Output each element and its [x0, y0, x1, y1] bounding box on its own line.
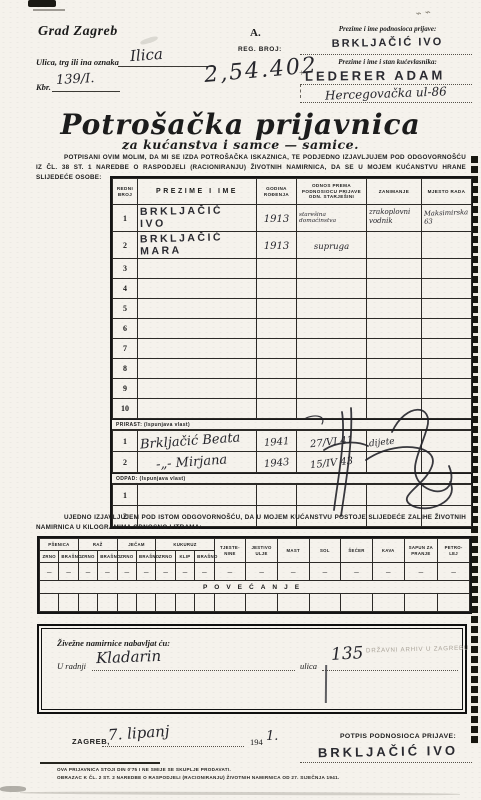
prirast-name-handwritten: Brkljačić Beata	[140, 431, 241, 453]
member-workplace-handwritten: Maksimirska 63	[424, 208, 470, 226]
landlord-address-fill-line	[300, 92, 472, 103]
scanned-form-page: ⌁ ⌁ + Grad Zagreb Ulica, trg ili ina ozn…	[0, 0, 481, 800]
supplies-table: PŠENICA RAŽ JEČAM KUKURUZ TJESTE-NINE JE…	[37, 536, 472, 614]
member-row: 8	[113, 359, 472, 379]
row-number: 6	[113, 319, 138, 339]
street-label-box: ulica	[300, 661, 317, 671]
supply-value: –	[214, 563, 246, 581]
applicant-fill-line	[300, 44, 472, 55]
supply-value: –	[195, 563, 214, 581]
kbr-label: Kbr.	[36, 82, 51, 92]
odpad-row: 1	[113, 485, 472, 506]
member-name-handwritten: BRKLJAČIĆ MARA	[140, 231, 255, 258]
supply-group-kukuruz: KUKURUZ	[156, 539, 214, 551]
row-number: 5	[113, 299, 138, 319]
prirast-year-handwritten: 1943	[263, 457, 289, 470]
supply-item-tjestenine: TJESTE-NINE	[214, 539, 246, 563]
prirast-date-handwritten: 27/VI 41	[309, 435, 353, 450]
supply-sub-zrno: ZRNO	[40, 551, 59, 563]
member-relation-handwritten: supruga	[314, 242, 349, 252]
prirast-note-handwritten: dijete	[369, 437, 396, 450]
potpis-label: POTPIS PODNOSIOCA PRIJAVE:	[340, 733, 456, 740]
scan-tear-mark	[33, 9, 65, 11]
supplies-empty-row	[40, 594, 470, 612]
supply-item-petrolej: PETRO-LEJ	[438, 539, 470, 563]
supply-value: –	[40, 563, 59, 581]
supply-value: –	[78, 563, 97, 581]
member-year-handwritten: 1913	[264, 241, 289, 252]
supply-sub-zrno: ZRNO	[78, 551, 97, 563]
supply-sub-klip: KLIP	[175, 551, 194, 563]
supply-item-secer: ŠEĆER	[341, 539, 373, 563]
col-header-mjesto-rada: MJESTO RADA	[422, 179, 472, 205]
supply-item-mast: MAST	[277, 539, 309, 563]
prirast-row: 2 -„- Mirjana 1943 15/IV 43	[113, 452, 472, 473]
street-fill-line	[118, 56, 214, 67]
supply-value: –	[98, 563, 117, 581]
supplies-declaration: UJEDNO IZJAVLJUJEM POD ISTOM ODGOVORNOŠĆ…	[36, 513, 466, 533]
supply-sub-zrno: ZRNO	[156, 551, 175, 563]
prirast-row: 1 Brkljačić Beata 1941 27/VI 41 dijete	[113, 431, 472, 452]
supply-item-kava: KAVA	[372, 539, 404, 563]
member-row: 2 BRKLJAČIĆ MARA 1913 supruga	[113, 232, 472, 259]
member-row: 6	[113, 319, 472, 339]
supply-item-sapun: SAPUN ZA PRANJE	[404, 539, 438, 563]
footer-line1: OVA PRIJAVNICA STOJI DIN 0'75 I NE SMIJE…	[57, 767, 457, 772]
row-number: 3	[113, 259, 138, 279]
member-row: 7	[113, 339, 472, 359]
year-handwritten: 1.	[266, 729, 278, 744]
supply-group-psenica: PŠENICA	[40, 539, 79, 551]
supply-value: –	[372, 563, 404, 581]
form-subtitle: za kućanstva i samce — samice.	[0, 137, 481, 152]
supply-value: –	[136, 563, 155, 581]
supply-group-raz: RAŽ	[78, 539, 117, 551]
prirast-date-handwritten: 15/IV 43	[309, 456, 353, 471]
supplies-table-grid: PŠENICA RAŽ JEČAM KUKURUZ TJESTE-NINE JE…	[39, 538, 470, 612]
row-number: 1	[113, 205, 138, 232]
shop-fill-line	[92, 660, 295, 671]
col-header-zanimanje: ZANIMANJE	[367, 179, 422, 205]
landlord-label: Prezime i ime i stan kućevlasnika:	[305, 58, 470, 66]
supply-value: –	[59, 563, 78, 581]
row-number: 9	[113, 379, 138, 399]
scan-tear-mark	[28, 0, 56, 7]
prirast-name-handwritten: -„- Mirjana	[156, 453, 228, 473]
supply-value: –	[156, 563, 175, 581]
kbr-fill-line	[52, 80, 120, 92]
reg-broj-label: REG. BROJ:	[238, 46, 282, 53]
odpad-band-label: ODPAD: (Ispunjava vlast)	[112, 473, 471, 484]
supply-value: –	[438, 563, 470, 581]
member-row: 9	[113, 379, 472, 399]
supply-value: –	[246, 563, 278, 581]
footer-line2: OBRAZAC K ČL. 2 ST. 2 NAREDBE O RASPODJE…	[57, 775, 467, 780]
member-occupation-handwritten: zrakoplovni vodnik	[369, 208, 419, 224]
member-row: 3	[113, 259, 472, 279]
supply-value: –	[117, 563, 136, 581]
member-row: 1 BRKLJAČIĆ IVO 1913 starešina domaćinst…	[113, 205, 472, 232]
date-fill-line	[102, 736, 244, 747]
col-header-prezime-ime: PREZIME I IME	[138, 179, 257, 205]
member-year-handwritten: 1913	[264, 214, 289, 225]
footer-rule	[40, 762, 160, 764]
row-number: 1	[113, 485, 138, 506]
supply-sub-brasno: BRAŠNO	[98, 551, 117, 563]
supply-item-jestivo-ulje: JESTIVO ULJE	[246, 539, 278, 563]
row-number: 8	[113, 359, 138, 379]
supply-value: –	[175, 563, 194, 581]
row-number: 10	[113, 399, 138, 419]
smudge	[140, 35, 159, 45]
member-row: 5	[113, 299, 472, 319]
member-row: 4	[113, 279, 472, 299]
scan-edge-smudge	[20, 791, 460, 796]
prirast-year-handwritten: 1941	[263, 436, 289, 449]
row-number: 1	[113, 431, 138, 452]
prirast-table: 1 Brkljačić Beata 1941 27/VI 41 dijete 2…	[112, 430, 472, 473]
year-printed: 194	[250, 737, 263, 747]
potpis-fill-line	[300, 752, 472, 763]
row-number: 2	[113, 452, 138, 473]
supply-item-sol: SOL	[309, 539, 341, 563]
shop-label: U radnji	[57, 661, 86, 671]
supply-value: –	[404, 563, 438, 581]
supply-group-jecam: JEČAM	[117, 539, 156, 551]
prirast-band-label: PRIRAST: (Ispunjava vlast)	[112, 419, 471, 430]
supply-sub-zrno: ZRNO	[117, 551, 136, 563]
row-number: 4	[113, 279, 138, 299]
street-fill-line-box	[322, 660, 458, 671]
scan-edge-smudge	[0, 786, 26, 792]
col-header-redni-broj: REDNI BROJ	[113, 179, 138, 205]
supply-sub-brasno: BRAŠNO	[59, 551, 78, 563]
member-row: 10	[113, 399, 472, 419]
street-label: Ulica, trg ili ina oznaka	[36, 57, 119, 67]
supply-value: –	[277, 563, 309, 581]
members-table: REDNI BROJ PREZIME I IME GODINA ROĐENJA …	[110, 176, 473, 529]
supply-value: –	[341, 563, 373, 581]
row-number: 2	[113, 232, 138, 259]
applicant-label: Prezime i ime podnosioca prijave:	[305, 25, 470, 33]
supply-value: –	[309, 563, 341, 581]
member-relation-handwritten: starešina domaćinstva	[299, 212, 364, 225]
members-table-grid: REDNI BROJ PREZIME I IME GODINA ROĐENJA …	[112, 178, 472, 419]
pencil-scribble: ⌁ ⌁	[414, 7, 431, 20]
row-number: 7	[113, 339, 138, 359]
povecanje-row: POVEĆANJE	[40, 581, 470, 594]
supply-sub-brasno: BRAŠNO	[195, 551, 214, 563]
member-name-handwritten: BRKLJAČIĆ IVO	[140, 204, 254, 230]
supply-sub-brasno: BRAŠNO	[136, 551, 155, 563]
section-letter: A.	[250, 27, 261, 39]
landlord-fill-line	[300, 74, 472, 85]
col-header-odnos: ODNOS PREMA PODNOSIOCU PRIJAVE ODN. STAR…	[297, 179, 367, 205]
city-name: Grad Zagreb	[38, 24, 118, 40]
col-header-godina: GODINA ROĐENJA	[257, 179, 297, 205]
